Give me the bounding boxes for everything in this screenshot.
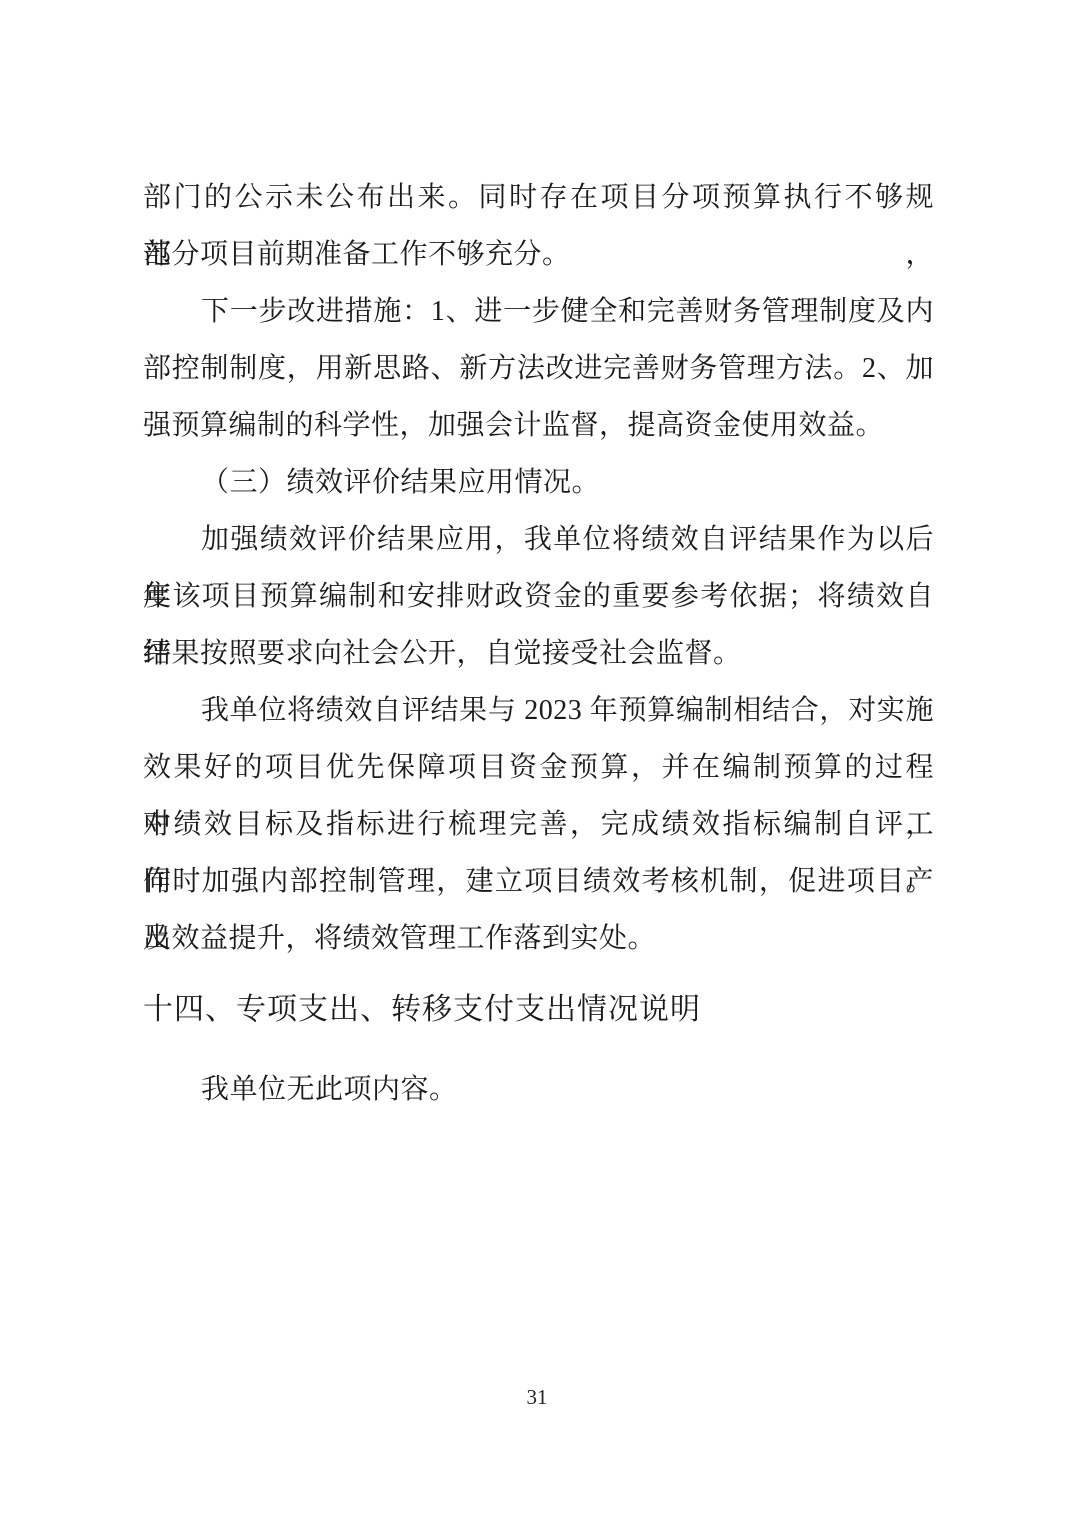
text-line: （三）绩效评价结果应用情况。 bbox=[143, 454, 934, 511]
text-line: 强预算编制的科学性，加强会计监督，提高资金使用效益。 bbox=[143, 397, 934, 454]
text-line: 同时加强内部控制管理，建立项目绩效考核机制，促进项目产出 bbox=[143, 853, 934, 910]
text-line: 我单位无此项内容。 bbox=[143, 1061, 934, 1118]
page-body-text: 部门的公示未公布出来。同时存在项目分项预算执行不够规范，部分项目前期准备工作不够… bbox=[143, 169, 934, 1118]
document-page: 部门的公示未公布出来。同时存在项目分项预算执行不够规范，部分项目前期准备工作不够… bbox=[0, 0, 1074, 1520]
page-footer: 31 bbox=[0, 1383, 1074, 1411]
text-line: 下一步改进措施：1、进一步健全和完善财务管理制度及内 bbox=[143, 283, 934, 340]
text-line: 效果好的项目优先保障项目资金预算，并在编制预算的过程中， bbox=[143, 739, 934, 796]
text-line: 加强绩效评价结果应用，我单位将绩效自评结果作为以后年 bbox=[143, 511, 934, 568]
text-line: 我单位将绩效自评结果与 2023 年预算编制相结合，对实施 bbox=[143, 682, 934, 739]
section-heading: 十四、专项支出、转移支付支出情况说明 bbox=[143, 981, 934, 1038]
text-line: 部门的公示未公布出来。同时存在项目分项预算执行不够规范， bbox=[143, 169, 934, 226]
text-line: 部控制制度，用新思路、新方法改进完善财务管理方法。2、加 bbox=[143, 340, 934, 397]
text-line: 对绩效目标及指标进行梳理完善，完成绩效指标编制自评工作。 bbox=[143, 796, 934, 853]
text-line: 及效益提升，将绩效管理工作落到实处。 bbox=[143, 910, 934, 967]
text-line: 结果按照要求向社会公开，自觉接受社会监督。 bbox=[143, 625, 934, 682]
page-number: 31 bbox=[527, 1385, 548, 1409]
text-line: 度该项目预算编制和安排财政资金的重要参考依据；将绩效自评 bbox=[143, 568, 934, 625]
